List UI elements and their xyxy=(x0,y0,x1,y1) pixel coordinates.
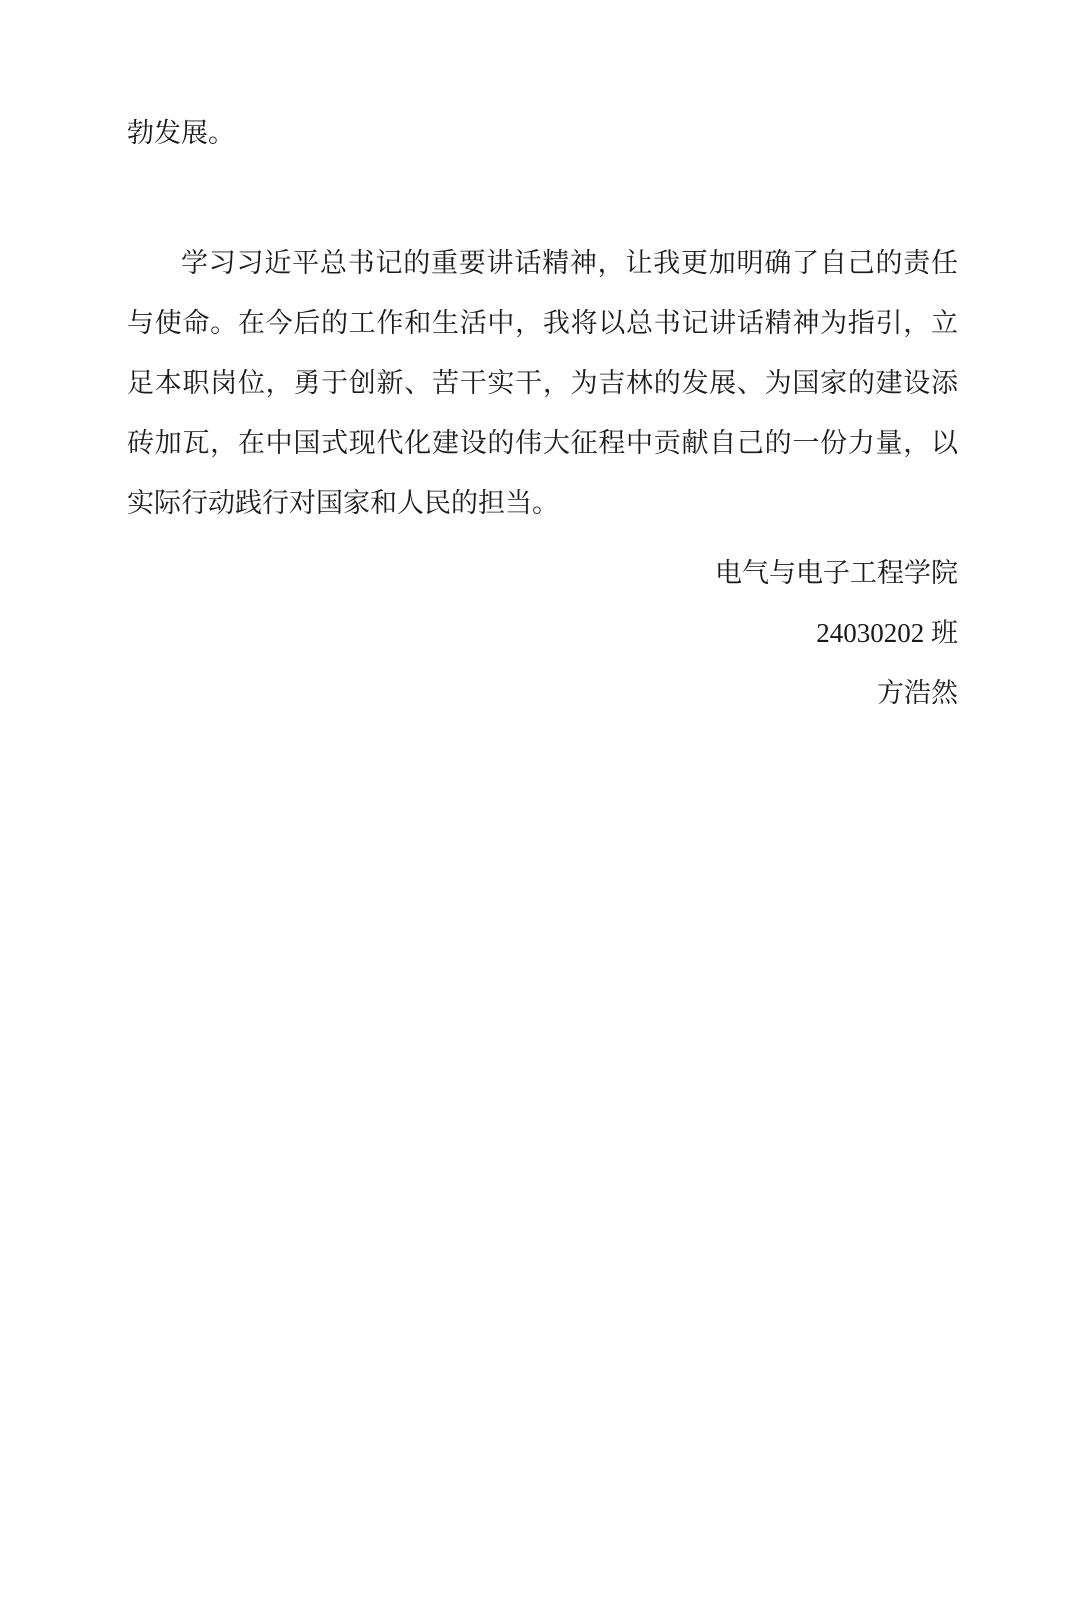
paragraph-line-3: 足本职岗位，勇于创新、苦干实干，为吉林的发展、为国家的建设添 xyxy=(127,353,958,413)
body-paragraph: 学习习近平总书记的重要讲话精神，让我更加明确了自己的责任 与使命。在今后的工作和… xyxy=(127,233,958,533)
paragraph-line-5: 实际行动践行对国家和人民的担当。 xyxy=(127,473,958,533)
blank-line xyxy=(127,163,958,233)
signature-class-number: 24030202 班 xyxy=(127,603,958,663)
paragraph-line-2: 与使命。在今后的工作和生活中，我将以总书记讲话精神为指引，立 xyxy=(127,293,958,353)
paragraph-tail-line: 勃发展。 xyxy=(127,103,958,163)
signature-department: 电气与电子工程学院 xyxy=(127,543,958,603)
paragraph-line-1: 学习习近平总书记的重要讲话精神，让我更加明确了自己的责任 xyxy=(127,233,958,293)
paragraph-line-4: 砖加瓦，在中国式现代化建设的伟大征程中贡献自己的一份力量，以 xyxy=(127,413,958,473)
signature-author-name: 方浩然 xyxy=(127,663,958,723)
document-page: 勃发展。 学习习近平总书记的重要讲话精神，让我更加明确了自己的责任 与使命。在今… xyxy=(0,0,1065,1598)
signature-block: 电气与电子工程学院 24030202 班 方浩然 xyxy=(127,543,958,723)
